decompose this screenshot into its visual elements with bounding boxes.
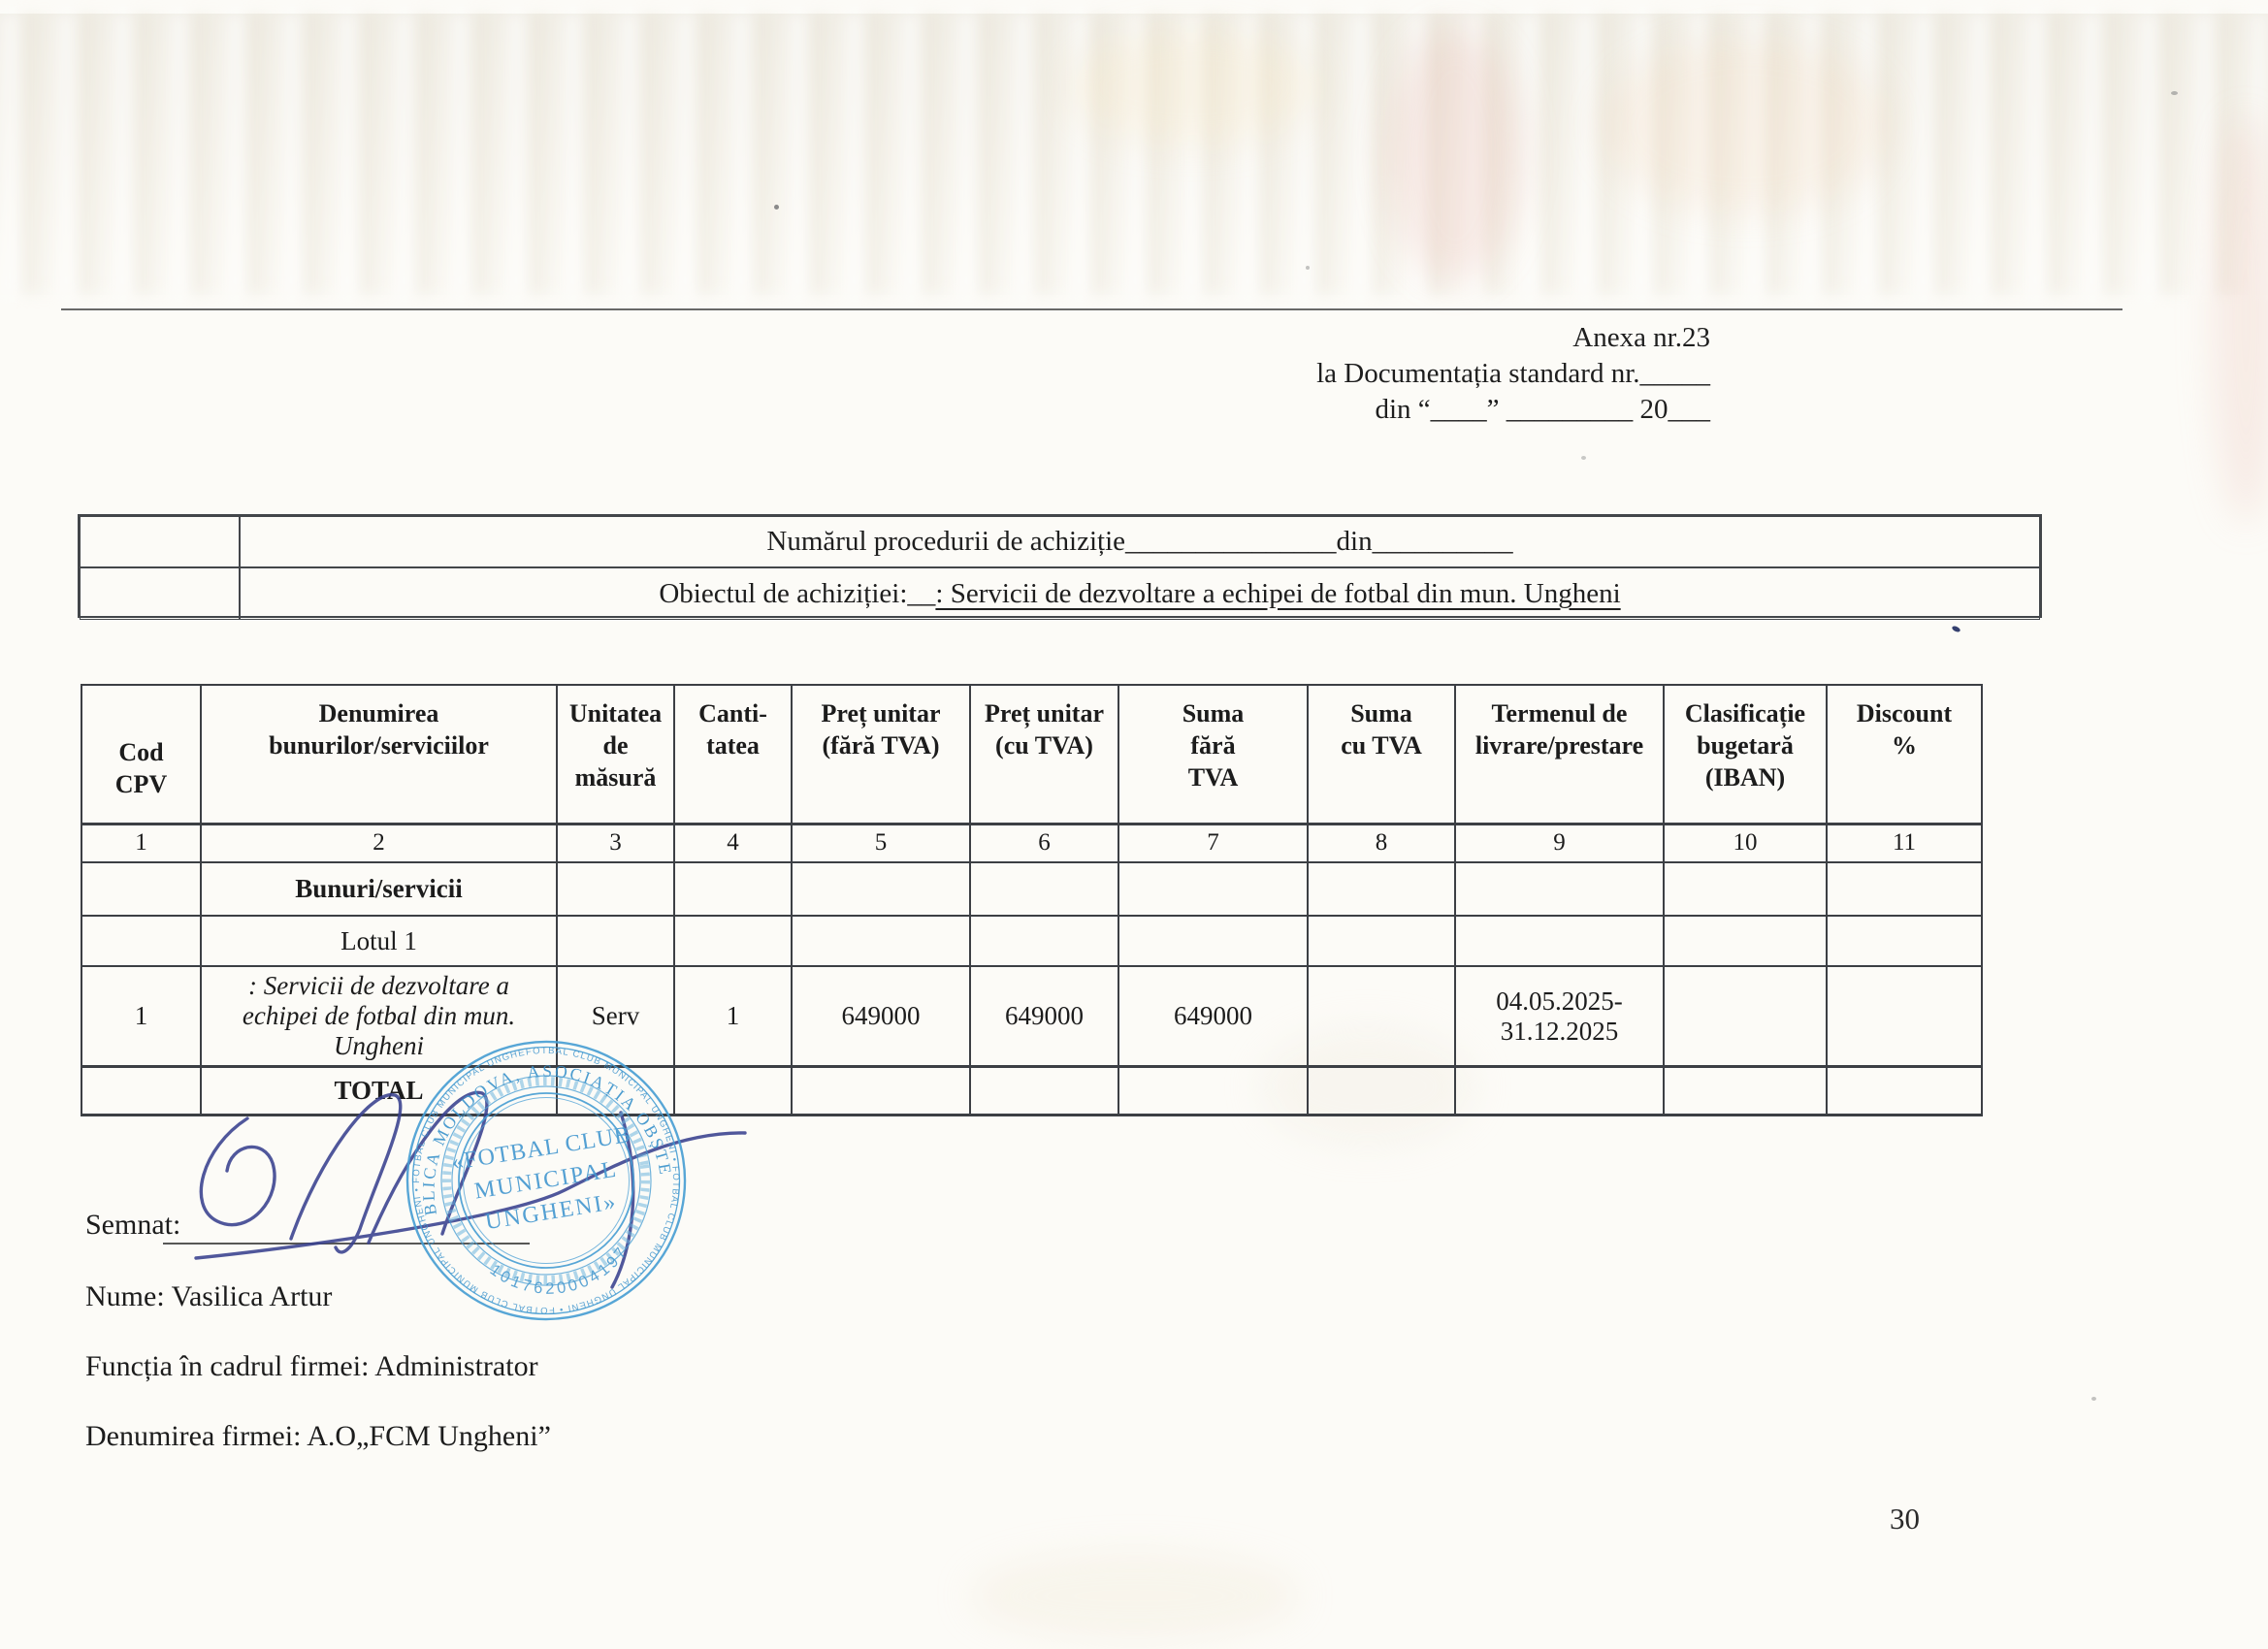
empty-cell <box>970 1067 1118 1115</box>
col-header-suma-fara-tva: Suma fără TVA <box>1118 685 1308 824</box>
item-clasificatie <box>1664 966 1827 1067</box>
stamp-center-line1: «FOTBAL CLUB <box>450 1122 632 1176</box>
scan-speck <box>2091 1397 2096 1401</box>
item-discount <box>1827 966 1982 1067</box>
empty-cell <box>557 862 674 916</box>
empty-cell <box>1827 1067 1982 1115</box>
procedure-number-cell: Numărul procedurii de achiziție_________… <box>240 516 2040 567</box>
empty-cell <box>674 862 792 916</box>
empty-cell <box>1827 916 1982 966</box>
empty-cell <box>81 1067 201 1115</box>
empty-cell <box>1664 862 1827 916</box>
section-row-bunuri-servicii: Bunuri/servicii <box>81 862 1982 916</box>
empty-cell <box>674 916 792 966</box>
item-cantitate: 1 <box>674 966 792 1067</box>
scan-speck <box>1581 456 1586 460</box>
col-number: 10 <box>1664 824 1827 862</box>
empty-cell <box>1455 862 1664 916</box>
empty-cell <box>557 916 674 966</box>
scan-speck <box>1951 625 1960 632</box>
scan-smudge <box>970 1552 1300 1639</box>
empty-cell <box>792 916 970 966</box>
stamp-center-line2: MUNICIPAL <box>472 1156 619 1204</box>
col-header-termenul: Termenul de livrare/prestare <box>1455 685 1664 824</box>
procedure-object-label: Obiectul de achiziției: <box>659 578 907 610</box>
empty-cell <box>557 1067 674 1115</box>
total-label: TOTAL <box>201 1067 557 1115</box>
procedure-table: Numărul procedurii de achiziție_________… <box>78 514 2042 618</box>
col-number: 11 <box>1827 824 1982 862</box>
page-number: 30 <box>1890 1502 1920 1536</box>
scan-speck <box>2171 91 2178 95</box>
empty-cell <box>792 862 970 916</box>
empty-cell <box>1664 1067 1827 1115</box>
annex-heading-block: Anexa nr.23 la Documentația standard nr.… <box>1067 320 1710 428</box>
item-pret-fara-tva: 649000 <box>792 966 970 1067</box>
item-row: 1 : Servicii de dezvoltare a echipei de … <box>81 966 1982 1067</box>
scan-smudge <box>1387 29 1523 281</box>
empty-cell <box>1308 862 1455 916</box>
lot-row: Lotul 1 <box>81 916 1982 966</box>
col-number: 3 <box>557 824 674 862</box>
denumirea-line: Denumirea firmei: A.O„FCM Ungheni” <box>85 1420 551 1453</box>
scan-smudge <box>1601 39 1892 213</box>
item-unitate: Serv <box>557 966 674 1067</box>
empty-cell <box>792 1067 970 1115</box>
nume-line: Nume: Vasilica Artur <box>85 1280 332 1313</box>
col-header-discount: Discount % <box>1827 685 1982 824</box>
signature-underline <box>163 1243 530 1245</box>
svg-text:1017620004197: 1017620004197 <box>485 1240 637 1308</box>
item-suma-fara-tva: 649000 <box>1118 966 1308 1067</box>
item-denumire: : Servicii de dezvoltare a echipei de fo… <box>201 966 557 1067</box>
procedure-object-blank: __ <box>907 578 935 610</box>
col-header-cantitatea: Canti- tatea <box>674 685 792 824</box>
col-number: 8 <box>1308 824 1455 862</box>
col-header-clasificatie: Clasificație bugetară (IBAN) <box>1664 685 1827 824</box>
annex-title: Anexa nr.23 <box>1067 320 1710 356</box>
scan-speck <box>1306 266 1310 270</box>
goods-services-table: Cod CPV Denumirea bunurilor/serviciilor … <box>81 684 1983 1116</box>
scan-smudge <box>2212 116 2268 524</box>
empty-cell <box>1308 916 1455 966</box>
scan-top-band <box>0 14 2268 295</box>
item-suma-cu-tva <box>1308 966 1455 1067</box>
annex-subtitle: la Documentația standard nr._____ <box>1067 356 1710 392</box>
annex-date-line: din “____” _________ 20___ <box>1067 392 1710 428</box>
empty-cell <box>970 916 1118 966</box>
col-header-unitatea: Unitatea de măsură <box>557 685 674 824</box>
empty-cell <box>674 1067 792 1115</box>
stamp-idno: 1017620004197 <box>485 1240 637 1308</box>
column-number-row: 1 2 3 4 5 6 7 8 9 10 11 <box>81 824 1982 862</box>
scan-speck <box>774 205 779 210</box>
col-header-pret-cu-tva: Preț unitar (cu TVA) <box>970 685 1118 824</box>
empty-cell <box>1827 862 1982 916</box>
col-number: 4 <box>674 824 792 862</box>
empty-cell <box>81 916 201 966</box>
scanned-document-page: Anexa nr.23 la Documentația standard nr.… <box>0 0 2268 1649</box>
empty-cell <box>970 862 1118 916</box>
empty-cell <box>1118 1067 1308 1115</box>
empty-cell <box>1455 1067 1664 1115</box>
empty-cell <box>1118 862 1308 916</box>
top-horizontal-rule <box>61 308 2122 310</box>
stamp-center-line3: UNGHENI» <box>483 1189 619 1235</box>
scan-smudge <box>1067 29 1319 145</box>
col-number: 6 <box>970 824 1118 862</box>
item-pret-cu-tva: 649000 <box>970 966 1118 1067</box>
functia-line: Funcția în cadrul firmei: Administrator <box>85 1350 538 1383</box>
empty-cell <box>81 862 201 916</box>
col-number: 9 <box>1455 824 1664 862</box>
empty-cell <box>1455 916 1664 966</box>
col-header-suma-cu-tva: Suma cu TVA <box>1308 685 1455 824</box>
empty-cell <box>1118 916 1308 966</box>
col-header-cod-cpv: Cod CPV <box>81 685 201 824</box>
empty-cell <box>1308 1067 1455 1115</box>
procedure-object-value: : Servicii de dezvoltare a echipei de fo… <box>935 578 1620 610</box>
col-number: 5 <box>792 824 970 862</box>
lot-label: Lotul 1 <box>201 916 557 966</box>
procedure-number-line: Numărul procedurii de achiziție_________… <box>766 526 1512 558</box>
col-number: 2 <box>201 824 557 862</box>
col-header-pret-fara-tva: Preț unitar (fără TVA) <box>792 685 970 824</box>
total-row: TOTAL <box>81 1067 1982 1115</box>
col-number: 7 <box>1118 824 1308 862</box>
item-cod-cpv: 1 <box>81 966 201 1067</box>
scan-streaks <box>0 14 2268 295</box>
empty-cell <box>1664 916 1827 966</box>
procedure-object-cell: Obiectul de achiziției:__: Servicii de d… <box>240 567 2040 620</box>
semnat-label: Semnat: <box>85 1209 180 1242</box>
item-termen: 04.05.2025- 31.12.2025 <box>1455 966 1664 1067</box>
table-header-row: Cod CPV Denumirea bunurilor/serviciilor … <box>81 685 1982 824</box>
procedure-table-empty-cell <box>80 516 240 567</box>
procedure-table-empty-cell <box>80 567 240 620</box>
col-header-denumirea: Denumirea bunurilor/serviciilor <box>201 685 557 824</box>
section-label: Bunuri/servicii <box>201 862 557 916</box>
col-number: 1 <box>81 824 201 862</box>
